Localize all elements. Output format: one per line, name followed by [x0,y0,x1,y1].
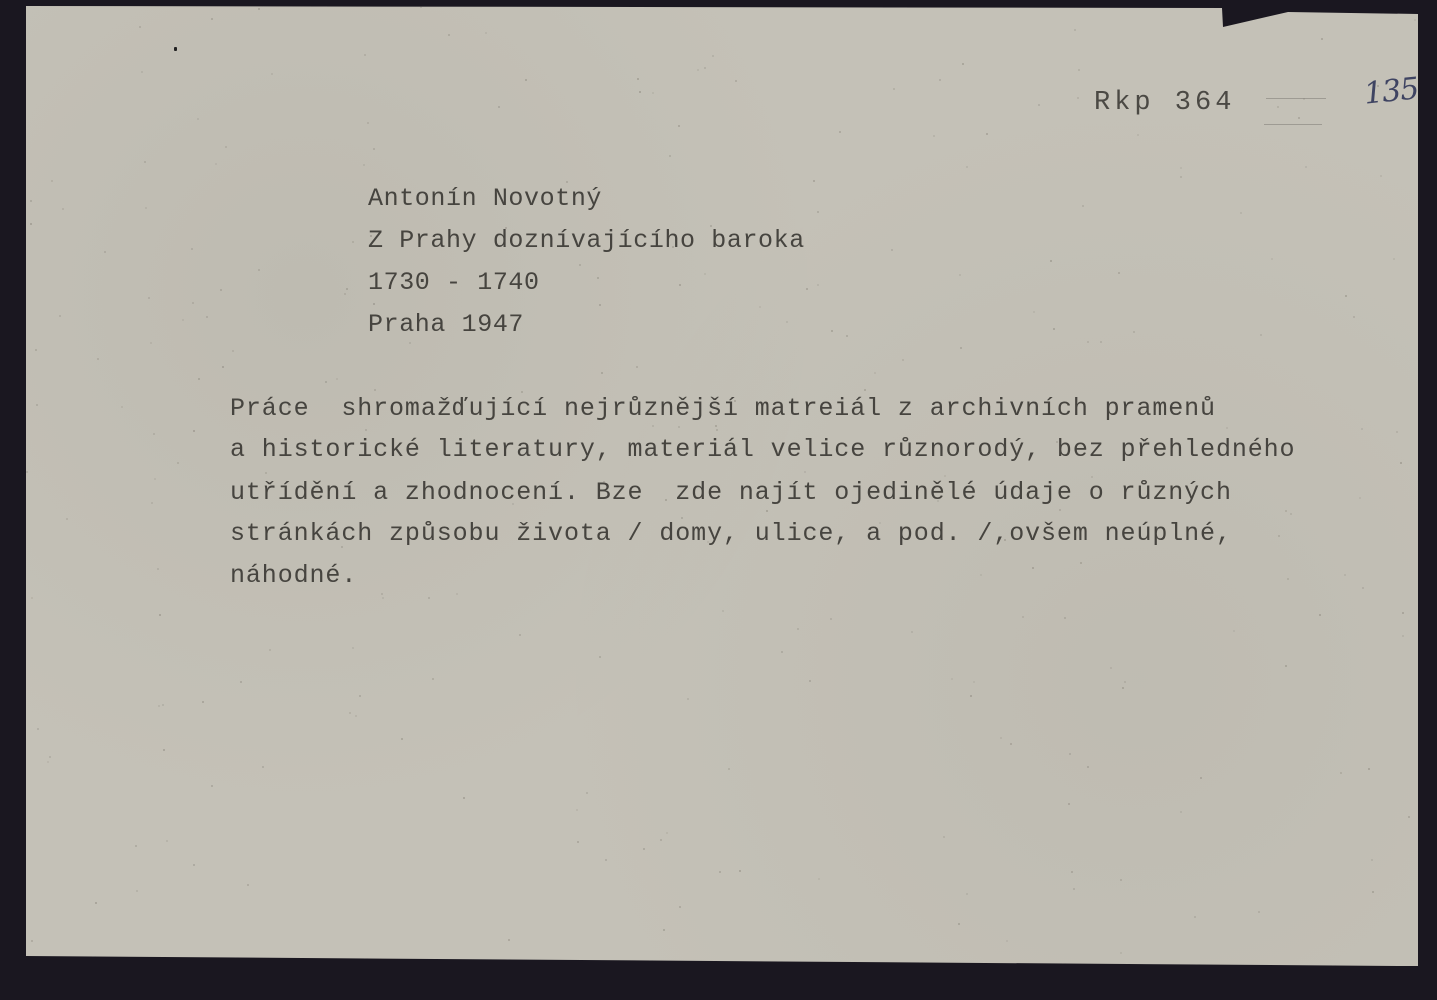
guide-line [1266,98,1326,99]
folio-number: 135 [1362,71,1420,111]
annotation-line: stránkách způsobu života / domy, ulice, … [230,521,1232,546]
ink-spot [174,47,177,51]
annotation-line: Práce shromažďující nejrůznější matreiál… [230,396,1216,421]
index-card: Rkp 364 135 Antonín Novotný Z Prahy dozn… [26,6,1418,966]
shelfmark: Rkp 364 [1094,90,1235,117]
author: Antonín Novotný [368,186,602,211]
period: 1730 - 1740 [368,270,540,295]
annotation-line: a historické literatury, materiál velice… [230,437,1295,462]
annotation-line: náhodné. [230,563,357,588]
annotation-line: utřídění a zhodnocení. Bze zde najít oje… [230,480,1232,505]
imprint: Praha 1947 [368,312,524,337]
work-title: Z Prahy doznívajícího baroka [368,228,805,253]
guide-line [1264,124,1322,125]
